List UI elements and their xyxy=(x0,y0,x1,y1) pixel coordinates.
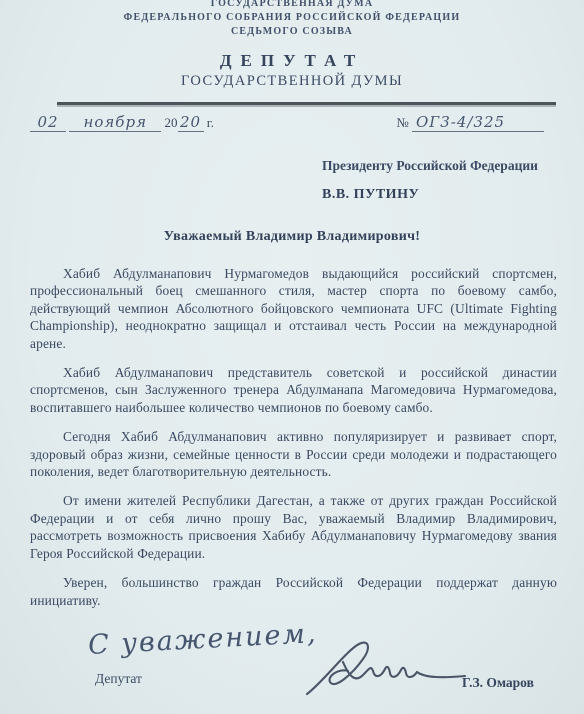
number-label: № xyxy=(396,115,408,130)
letter-page: ГОСУДАРСТВЕННАЯ ДУМА ФЕДЕРАЛЬНОГО СОБРАН… xyxy=(0,0,584,714)
signer-position: Депутат xyxy=(95,671,142,687)
year-label: г. xyxy=(207,115,214,130)
date-day-handwritten: 02 xyxy=(30,113,66,132)
year-prefix: 20 xyxy=(165,115,178,130)
header-rule xyxy=(57,102,556,105)
salutation: Уважаемый Владимир Владимирович! xyxy=(0,229,584,245)
addressee-title: Президенту Российской Федерации xyxy=(322,158,538,174)
date-field: 02 ноября 2020 г. xyxy=(30,113,214,132)
letterhead-subtitle: ГОСУДАРСТВЕННОЙ ДУМЫ xyxy=(0,73,584,90)
letterhead-line1: ГОСУДАРСТВЕННАЯ ДУМА xyxy=(0,0,584,11)
paragraph-3: Сегодня Хабиб Абдулманапович активно поп… xyxy=(30,428,557,480)
addressee-block: Президенту Российской Федерации В.В. ПУТ… xyxy=(322,158,538,203)
signature-icon xyxy=(303,638,471,700)
paragraph-2: Хабиб Абдулманапович представитель совет… xyxy=(30,364,557,416)
signer-name: Г.З. Омаров xyxy=(462,675,534,691)
year-suffix-handwritten: 20 xyxy=(178,113,204,132)
paragraph-1: Хабиб Абдулманапович Нурмагомедов выдающ… xyxy=(30,265,557,352)
letterhead-line2: ФЕДЕРАЛЬНОГО СОБРАНИЯ РОССИЙСКОЙ ФЕДЕРАЦ… xyxy=(0,11,584,25)
letter-body: Хабиб Абдулманапович Нурмагомедов выдающ… xyxy=(30,265,557,621)
handwritten-regards: С уважением, xyxy=(87,618,318,661)
letterhead: ГОСУДАРСТВЕННАЯ ДУМА ФЕДЕРАЛЬНОГО СОБРАН… xyxy=(0,0,584,90)
letterhead-line3: СЕДЬМОГО СОЗЫВА xyxy=(0,25,584,39)
signature-flourish xyxy=(303,638,471,705)
reference-row: 02 ноября 2020 г. № ОГ3-4/325 xyxy=(30,113,556,139)
addressee-name: В.В. ПУТИНУ xyxy=(322,187,538,203)
paragraph-5: Уверен, большинство граждан Российской Ф… xyxy=(30,574,557,609)
number-value-handwritten: ОГ3-4/325 xyxy=(412,113,544,132)
number-field: № ОГ3-4/325 xyxy=(396,113,544,132)
letterhead-title: ДЕПУТАТ xyxy=(0,51,584,71)
paragraph-4: От имени жителей Республики Дагестан, а … xyxy=(30,492,557,562)
date-month-handwritten: ноября xyxy=(69,113,161,132)
